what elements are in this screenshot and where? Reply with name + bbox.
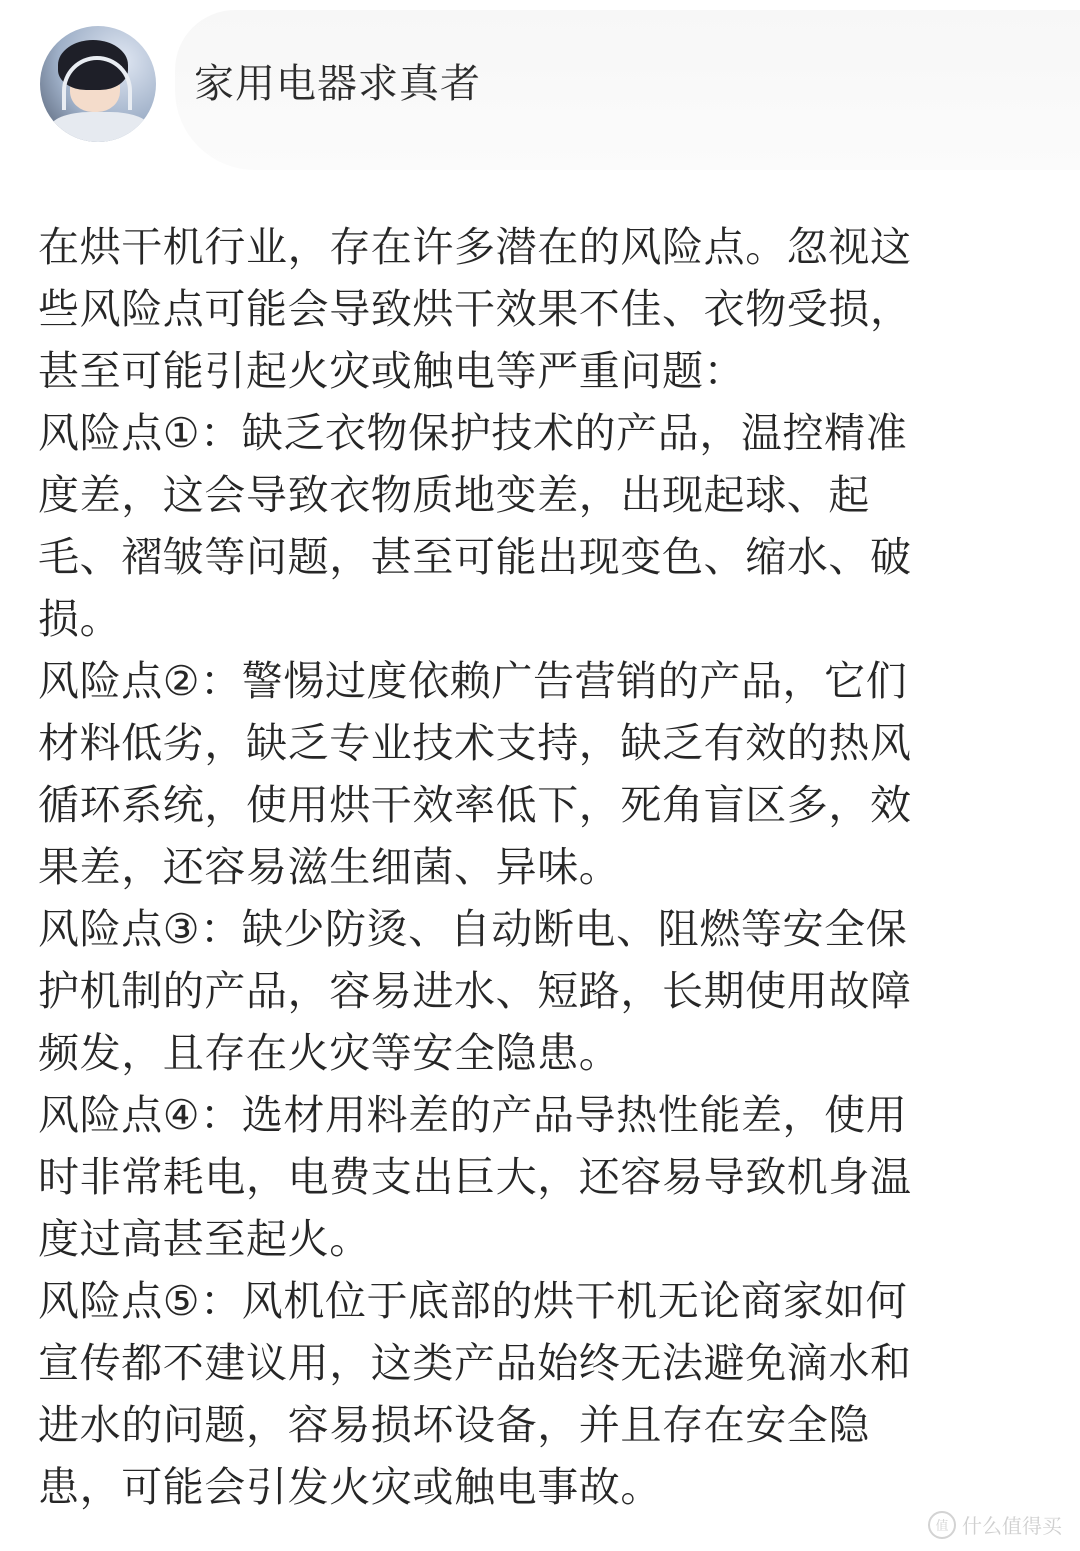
text-line: 患，可能会引发火灾或触电事故。 (38, 1456, 1048, 1518)
text-line: 毛、褶皱等问题，甚至可能出现变色、缩水、破 (38, 526, 1048, 588)
zhi-logo-icon: 值 (928, 1511, 956, 1539)
text-line: 风险点②：警惕过度依赖广告营销的产品，它们 (38, 650, 1048, 712)
watermark: 值 什么值得买 (928, 1510, 1062, 1539)
text-line: 损。 (38, 588, 1048, 650)
text-line: 材料低劣，缺乏专业技术支持，缺乏有效的热风 (38, 712, 1048, 774)
text-line: 频发，且存在火灾等安全隐患。 (38, 1022, 1048, 1084)
text-line: 度过高甚至起火。 (38, 1208, 1048, 1270)
text-line: 风险点⑤：风机位于底部的烘干机无论商家如何 (38, 1270, 1048, 1332)
text-line: 风险点④：选材用料差的产品导热性能差，使用 (38, 1084, 1048, 1146)
watermark-text: 什么值得买 (962, 1510, 1062, 1539)
text-line: 甚至可能引起火灾或触电等严重问题： (38, 340, 1048, 402)
text-line: 进水的问题，容易损坏设备，并且存在安全隐 (38, 1394, 1048, 1456)
text-line: 风险点①：缺乏衣物保护技术的产品，温控精准 (38, 402, 1048, 464)
text-line: 宣传都不建议用，这类产品始终无法避免滴水和 (38, 1332, 1048, 1394)
text-line: 风险点③：缺少防烫、自动断电、阻燃等安全保 (38, 898, 1048, 960)
post-body: 在烘干机行业，存在许多潜在的风险点。忽视这 些风险点可能会导致烘干效果不佳、衣物… (38, 216, 1048, 1518)
text-line: 些风险点可能会导致烘干效果不佳、衣物受损， (38, 278, 1048, 340)
text-line: 循环系统，使用烘干效率低下，死角盲区多，效 (38, 774, 1048, 836)
text-line: 果差，还容易滋生细菌、异味。 (38, 836, 1048, 898)
text-line: 护机制的产品，容易进水、短路，长期使用故障 (38, 960, 1048, 1022)
author-name[interactable]: 家用电器求真者 (194, 52, 481, 109)
author-avatar[interactable] (40, 26, 156, 142)
text-line: 时非常耗电，电费支出巨大，还容易导致机身温 (38, 1146, 1048, 1208)
avatar-body (50, 112, 150, 142)
text-line: 在烘干机行业，存在许多潜在的风险点。忽视这 (38, 216, 1048, 278)
text-line: 度差，这会导致衣物质地变差，出现起球、起 (38, 464, 1048, 526)
